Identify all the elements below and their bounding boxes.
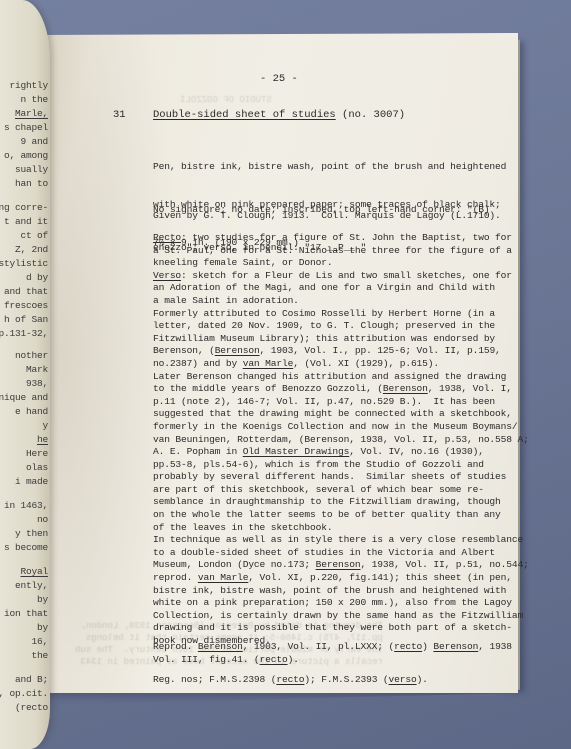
catalogue-page: - 25 - 31 Double-sided sheet of studies … [80, 33, 520, 693]
description-line: van Beuningen, Rotterdam, (Berenson, 193… [153, 434, 571, 447]
description-line: p.11 (note 2), 146-7; Vol. II, p.47, no.… [153, 396, 571, 409]
facing-page-text-fragment: he [37, 434, 48, 445]
facing-page-text-fragment: ing corre- [0, 202, 48, 213]
facing-page: rightlyn theMarle,s chapel9 ando, amongs… [0, 0, 50, 749]
description-line: white on a pink preparation; 150 x 200 m… [153, 597, 571, 610]
description-line: letter, dated 20 Nov. 1909, to G. T. Clo… [153, 320, 571, 333]
underlined-citation: van Marle [198, 572, 248, 583]
text-run: Fitzwilliam Museum Library); this attrib… [153, 333, 495, 344]
text-run: Reg. nos; F.M.S.2398 ( [153, 674, 276, 685]
text-run: Berenson, ( [153, 345, 215, 356]
page-number: - 25 - [260, 73, 298, 85]
underlined-citation: Verso [153, 270, 181, 281]
reproduction-line: Reprod. Berenson, 1903, Vol. II, pl.LXXX… [153, 641, 571, 654]
facing-page-text-fragment: y [42, 420, 48, 431]
registration-block: Reg. nos; F.M.S.2398 (recto); F.M.S.2393… [153, 674, 571, 687]
facing-page-text-fragment: no [37, 514, 48, 525]
description-line: A. E. Popham in Old Master Drawings, Vol… [153, 446, 571, 459]
facing-page-text-fragment: ct of [20, 230, 48, 241]
facing-page-text-fragment: nique and [0, 392, 48, 403]
text-run: Formerly attributed to Cosimo Rosselli b… [153, 308, 495, 319]
text-run: : sketch for a Fleur de Lis and two smal… [181, 270, 512, 281]
text-run: pp.53-8, pls.54-6), which is from the St… [153, 459, 484, 470]
facing-page-text-fragment: o, among [4, 150, 48, 161]
facing-page-text-fragment: ently, [15, 580, 48, 591]
text-run: p.11 (note 2), 146-7; Vol. II, p.47, no.… [153, 396, 495, 407]
text-run: A. E. Popham in [153, 446, 243, 457]
facing-page-text-fragment: 938, [26, 378, 48, 389]
description-block: Recto: two studies for a figure of St. J… [153, 232, 571, 648]
underlined-citation: recto [276, 674, 304, 685]
text-run: ) [422, 641, 433, 652]
text-run: a St. Paul, one for a St. Nicholas the t… [153, 245, 512, 256]
text-run: , (Vol. XI (1929), p.615). [293, 358, 439, 369]
facing-page-text-fragment: 16, [31, 636, 48, 647]
description-line: Formerly attributed to Cosimo Rosselli b… [153, 308, 571, 321]
facing-page-text-fragment: by [37, 622, 48, 633]
text-run: kneeling female Saint, or Donor. [153, 257, 332, 268]
facing-page-text-fragment: nother [15, 350, 48, 361]
underlined-citation: Old Master Drawings [243, 446, 350, 457]
entry-title: Double-sided sheet of studies (no. 3007) [153, 109, 405, 121]
facing-page-text-fragment: Here [26, 448, 48, 459]
facing-page-text-fragment: frescoes [4, 300, 48, 311]
text-run: Collection, is certainly drawn by the sa… [153, 610, 523, 621]
description-line: are part of this sketchbook, several of … [153, 484, 571, 497]
text-run: : two studies for a figure of St. John t… [181, 232, 512, 243]
facing-page-text-fragment: by [37, 594, 48, 605]
facing-page-text-fragment: 9 and [20, 136, 48, 147]
text-run: Reprod. [153, 641, 198, 652]
text-run: ). [288, 654, 299, 665]
text-run: to the middle years of Benozzo Gozzoli, … [153, 383, 383, 394]
description-line: suggested that the drawing might be conn… [153, 408, 571, 421]
text-run: of the leaves in the sketchbook. [153, 522, 332, 533]
text-run: , Vol. IV, no.16 (1930), [349, 446, 484, 457]
description-line: no.2387) and by van Marle, (Vol. XI (192… [153, 358, 571, 371]
text-run: , 1938, Vol. II, p.51, no.544; [360, 559, 528, 570]
facing-page-text-fragment: sually [15, 164, 48, 175]
reproduction-line: Vol. III, fig.41. (recto). [153, 654, 571, 667]
facing-page-text-fragment: n the [20, 94, 48, 105]
underlined-citation: recto [260, 654, 288, 665]
underlined-citation: van Marle [243, 358, 293, 369]
text-run: ); F.M.S.2393 ( [304, 674, 388, 685]
description-line: Collection, is certainly drawn by the sa… [153, 610, 571, 623]
description-line: a St. Paul, one for a St. Nicholas the t… [153, 245, 571, 258]
description-line: In technique as well as in style there i… [153, 534, 571, 547]
text-run: ). [417, 674, 428, 685]
description-line: drawing and it is possible that they wer… [153, 622, 571, 635]
text-run: semblance in draughtmanship to the Fitzw… [153, 496, 501, 507]
facing-page-text-fragment: in 1463, [4, 500, 48, 511]
text-run: no.2387) and by [153, 358, 243, 369]
provenance-line: Given by G. T. Clough, 1913. Coll. Marqu… [153, 210, 571, 223]
description-line: semblance in draughtmanship to the Fitzw… [153, 496, 571, 509]
facing-page-text-fragment: stylistic [0, 258, 48, 269]
text-run: reprod. [153, 572, 198, 583]
facing-page-text-fragment: d by [26, 272, 48, 283]
facing-page-text-fragment: y then [15, 528, 48, 539]
description-line: Berenson, (Berenson, 1903, Vol. I., pp. … [153, 345, 571, 358]
facing-page-text-fragment: han to [15, 178, 48, 189]
facing-page-text-fragment: e hand [15, 406, 48, 417]
underlined-citation: Berenson [215, 345, 260, 356]
underlined-citation: Recto [153, 232, 181, 243]
description-line: an Adoration of the Magi, and one for a … [153, 282, 571, 295]
text-run: an Adoration of the Magi, and one for a … [153, 282, 495, 293]
facing-page-text-fragment: ion that [4, 608, 48, 619]
text-run: to a double-sided sheet of studies in th… [153, 547, 495, 558]
description-line: a male Saint in adoration. [153, 295, 571, 308]
description-line: reprod. van Marle, Vol. XI, p.220, fig.1… [153, 572, 571, 585]
facing-page-text-fragment: s chapel [4, 122, 48, 133]
description-line: of the leaves in the sketchbook. [153, 522, 571, 535]
text-run: a male Saint in adoration. [153, 295, 299, 306]
text-run: are part of this sketchbook, several of … [153, 484, 484, 495]
facing-page-text-fragment: Mark [26, 364, 48, 375]
facing-page-text-fragment: rightly [9, 80, 48, 91]
description-line: formerly in the Koenigs Collection and n… [153, 421, 571, 434]
description-line: pp.53-8, pls.54-6), which is from the St… [153, 459, 571, 472]
text-run: van Beuningen, Rotterdam, (Berenson, 193… [153, 434, 529, 445]
description-line: kneeling female Saint, or Donor. [153, 257, 571, 270]
text-run: suggested that the drawing might be conn… [153, 408, 512, 419]
facing-page-text-fragment: olas [26, 462, 48, 473]
facing-page-text-fragment: Marle, [15, 108, 48, 119]
description-line: to a double-sided sheet of studies in th… [153, 547, 571, 560]
facing-page-text-fragment: t and it [4, 216, 48, 227]
text-run: letter, dated 20 Nov. 1909, to G. T. Clo… [153, 320, 495, 331]
text-run: bistre ink, bistre wash, point of the br… [153, 585, 506, 596]
registration-line: Reg. nos; F.M.S.2398 (recto); F.M.S.2393… [153, 674, 571, 687]
facing-page-text-fragment: Royal [20, 566, 48, 577]
text-run: probably by several different hands. Sim… [153, 471, 506, 482]
description-line: to the middle years of Benozzo Gozzoli, … [153, 383, 571, 396]
facing-page-text-fragment: and that [4, 286, 48, 297]
facing-page-text-fragment: the [31, 650, 48, 661]
text-run: , 1938 [478, 641, 512, 652]
facing-page-text-fragment: i made [15, 476, 48, 487]
underlined-citation: Berenson [383, 383, 428, 394]
facing-page-text-fragment: (recto [15, 702, 48, 713]
entry-number: 31 [113, 109, 126, 121]
reproductions-block: Reprod. Berenson, 1903, Vol. II, pl.LXXX… [153, 641, 571, 666]
entry-title-text: Double-sided sheet of studies [153, 109, 336, 121]
facing-page-text-fragment: p.131-32, [0, 328, 48, 339]
text-run: Vol. III, fig.41. ( [153, 654, 260, 665]
underlined-citation: Berenson [198, 641, 243, 652]
text-run: Later Berenson changed his attribution a… [153, 371, 506, 382]
text-run: , 1903, Vol. II, pl.LXXX; ( [243, 641, 394, 652]
description-line: Recto: two studies for a figure of St. J… [153, 232, 571, 245]
facing-page-text-fragment: n, op.cit. [0, 688, 48, 699]
description-line: on the whole the latter seems to be of b… [153, 509, 571, 522]
description-line: Fitzwilliam Museum Library); this attrib… [153, 333, 571, 346]
text-run: , 1903, Vol. I., pp. 125-6; Vol. II, p.1… [260, 345, 501, 356]
text-run: , Vol. XI, p.220, fig.141); this sheet (… [248, 572, 512, 583]
medium-line: Pen, bistre ink, bistre wash, point of t… [153, 161, 571, 174]
entry-title-accession: (no. 3007) [336, 109, 405, 121]
text-run: white on a pink preparation; 150 x 200 m… [153, 597, 512, 608]
underlined-citation: recto [394, 641, 422, 652]
underlined-citation: Berenson [433, 641, 478, 652]
text-run: on the whole the latter seems to be of b… [153, 509, 501, 520]
text-run: In technique as well as in style there i… [153, 534, 523, 545]
underlined-citation: verso [389, 674, 417, 685]
facing-page-text-fragment: Z, 2nd [15, 244, 48, 255]
underlined-citation: Berenson [316, 559, 361, 570]
text-run: formerly in the Koenigs Collection and n… [153, 421, 517, 432]
facing-page-text-fragment: and B; [15, 674, 48, 685]
description-line: probably by several different hands. Sim… [153, 471, 571, 484]
text-run: , 1938, Vol. I, [428, 383, 512, 394]
facing-page-text-fragment: s become [4, 542, 48, 553]
text-run: drawing and it is possible that they wer… [153, 622, 512, 633]
text-run: Museum, London (Dyce no.173; [153, 559, 316, 570]
facing-page-text-fragment: h of San [4, 314, 48, 325]
description-line: bistre ink, bistre wash, point of the br… [153, 585, 571, 598]
description-line: Later Berenson changed his attribution a… [153, 371, 571, 384]
description-line: Museum, London (Dyce no.173; Berenson, 1… [153, 559, 571, 572]
description-line: Verso: sketch for a Fleur de Lis and two… [153, 270, 571, 283]
